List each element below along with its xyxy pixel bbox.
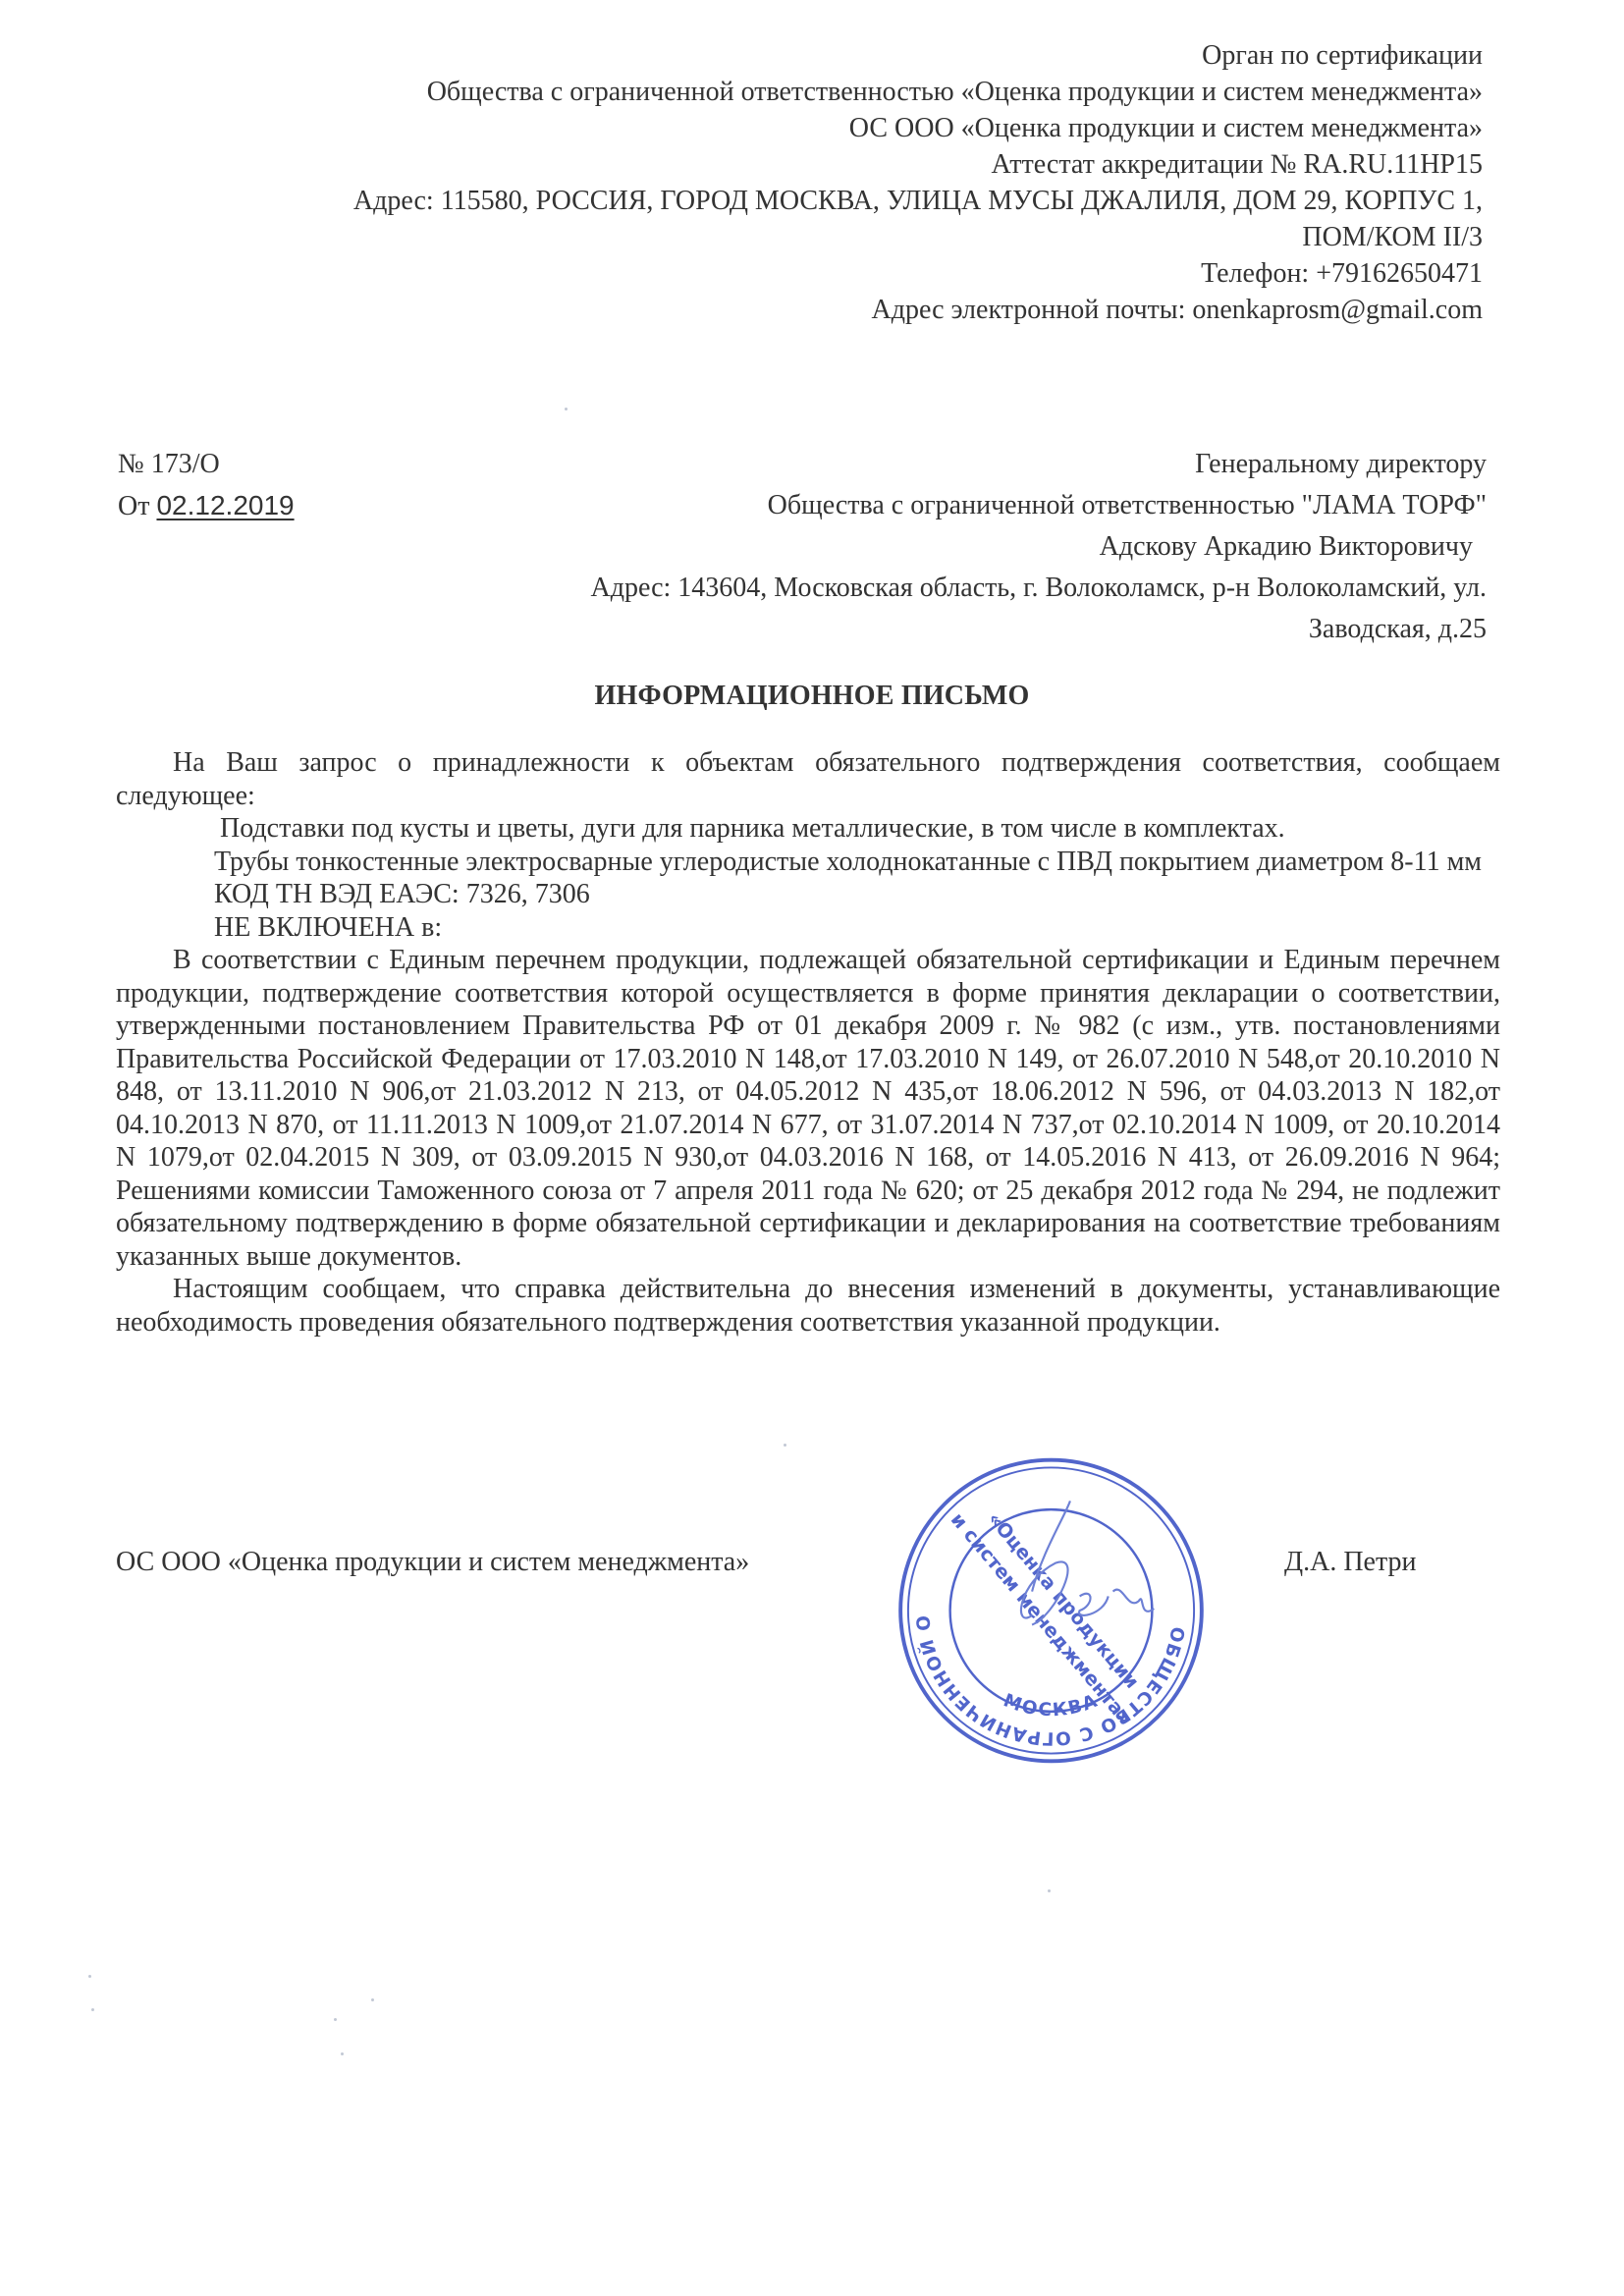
signing-organization: ОС ООО «Оценка продукции и систем менедж… <box>116 1547 749 1578</box>
header-line-address-cont: ПОМ/КОМ II/3 <box>108 219 1483 255</box>
main-paragraph: В соответствии с Единым перечнем продукц… <box>116 944 1500 1273</box>
scan-speck <box>88 1975 91 1978</box>
scan-speck <box>784 1444 786 1447</box>
recipient-position: Генеральному директору <box>591 444 1488 485</box>
header-line-email: Адрес электронной почты: onenkaprosm@gma… <box>108 292 1483 328</box>
closing-paragraph: Настоящим сообщаем, что справка действит… <box>116 1273 1500 1339</box>
recipient-name: Адскову Аркадию Викторовичу <box>591 526 1488 568</box>
letter-body: На Ваш запрос о принадлежности к объекта… <box>116 746 1500 1339</box>
intro-paragraph: На Ваш запрос о принадлежности к объекта… <box>116 746 1500 812</box>
letter-date: 02.12.2019 <box>156 490 294 520</box>
signer-name: Д.А. Петри <box>1284 1547 1417 1578</box>
scan-speck <box>1048 1889 1051 1892</box>
header-line-org-short-name: ОС ООО «Оценка продукции и систем менедж… <box>108 110 1483 146</box>
recipient-address: Адрес: 143604, Московская область, г. Во… <box>591 568 1488 609</box>
scan-speck <box>371 1998 374 2001</box>
scan-speck <box>91 2008 94 2011</box>
letter-reference: № 173/О От 02.12.2019 <box>118 444 295 527</box>
recipient-company: Общества с ограниченной ответственностью… <box>591 485 1488 526</box>
product-item-2: Трубы тонкостенные электросварные углеро… <box>116 846 1500 879</box>
certification-body-header: Орган по сертификации Общества с огранич… <box>108 37 1483 328</box>
header-line-accreditation: Аттестат аккредитации № RA.RU.11НР15 <box>108 146 1483 183</box>
scan-speck <box>565 408 568 410</box>
recipient-address-cont: Заводская, д.25 <box>591 609 1488 650</box>
header-line-org-type: Орган по сертификации <box>108 37 1483 74</box>
document-title: ИНФОРМАЦИОННОЕ ПИСЬМО <box>0 681 1624 712</box>
customs-code: КОД ТН ВЭД ЕАЭС: 7326, 7306 <box>116 878 1500 911</box>
letter-date-prefix: От <box>118 491 156 521</box>
header-line-org-full-name: Общества с ограниченной ответственностью… <box>108 74 1483 110</box>
svg-text:МОСКВА: МОСКВА <box>1001 1690 1102 1721</box>
official-stamp-icon: ОБЩЕСТВО С ОГРАНИЧЕННОЙ ОТВЕТСТВЕННОСТЬЮ… <box>887 1449 1216 1773</box>
letter-page: Орган по сертификации Общества с огранич… <box>0 0 1624 2296</box>
scan-speck <box>334 2018 337 2021</box>
product-item-1: Подставки под кусты и цветы, дуги для па… <box>116 812 1500 846</box>
not-included-label: НЕ ВКЛЮЧЕНА в: <box>116 911 1500 945</box>
letter-number: № 173/О <box>118 444 295 485</box>
stamp-bottom-text: МОСКВА <box>1001 1690 1102 1721</box>
header-line-phone: Телефон: +79162650471 <box>108 255 1483 292</box>
recipient-block: Генеральному директору Общества с ограни… <box>591 444 1488 650</box>
letter-date-line: От 02.12.2019 <box>118 485 295 527</box>
scan-speck <box>341 2052 344 2055</box>
header-line-address: Адрес: 115580, РОССИЯ, ГОРОД МОСКВА, УЛИ… <box>108 183 1483 219</box>
